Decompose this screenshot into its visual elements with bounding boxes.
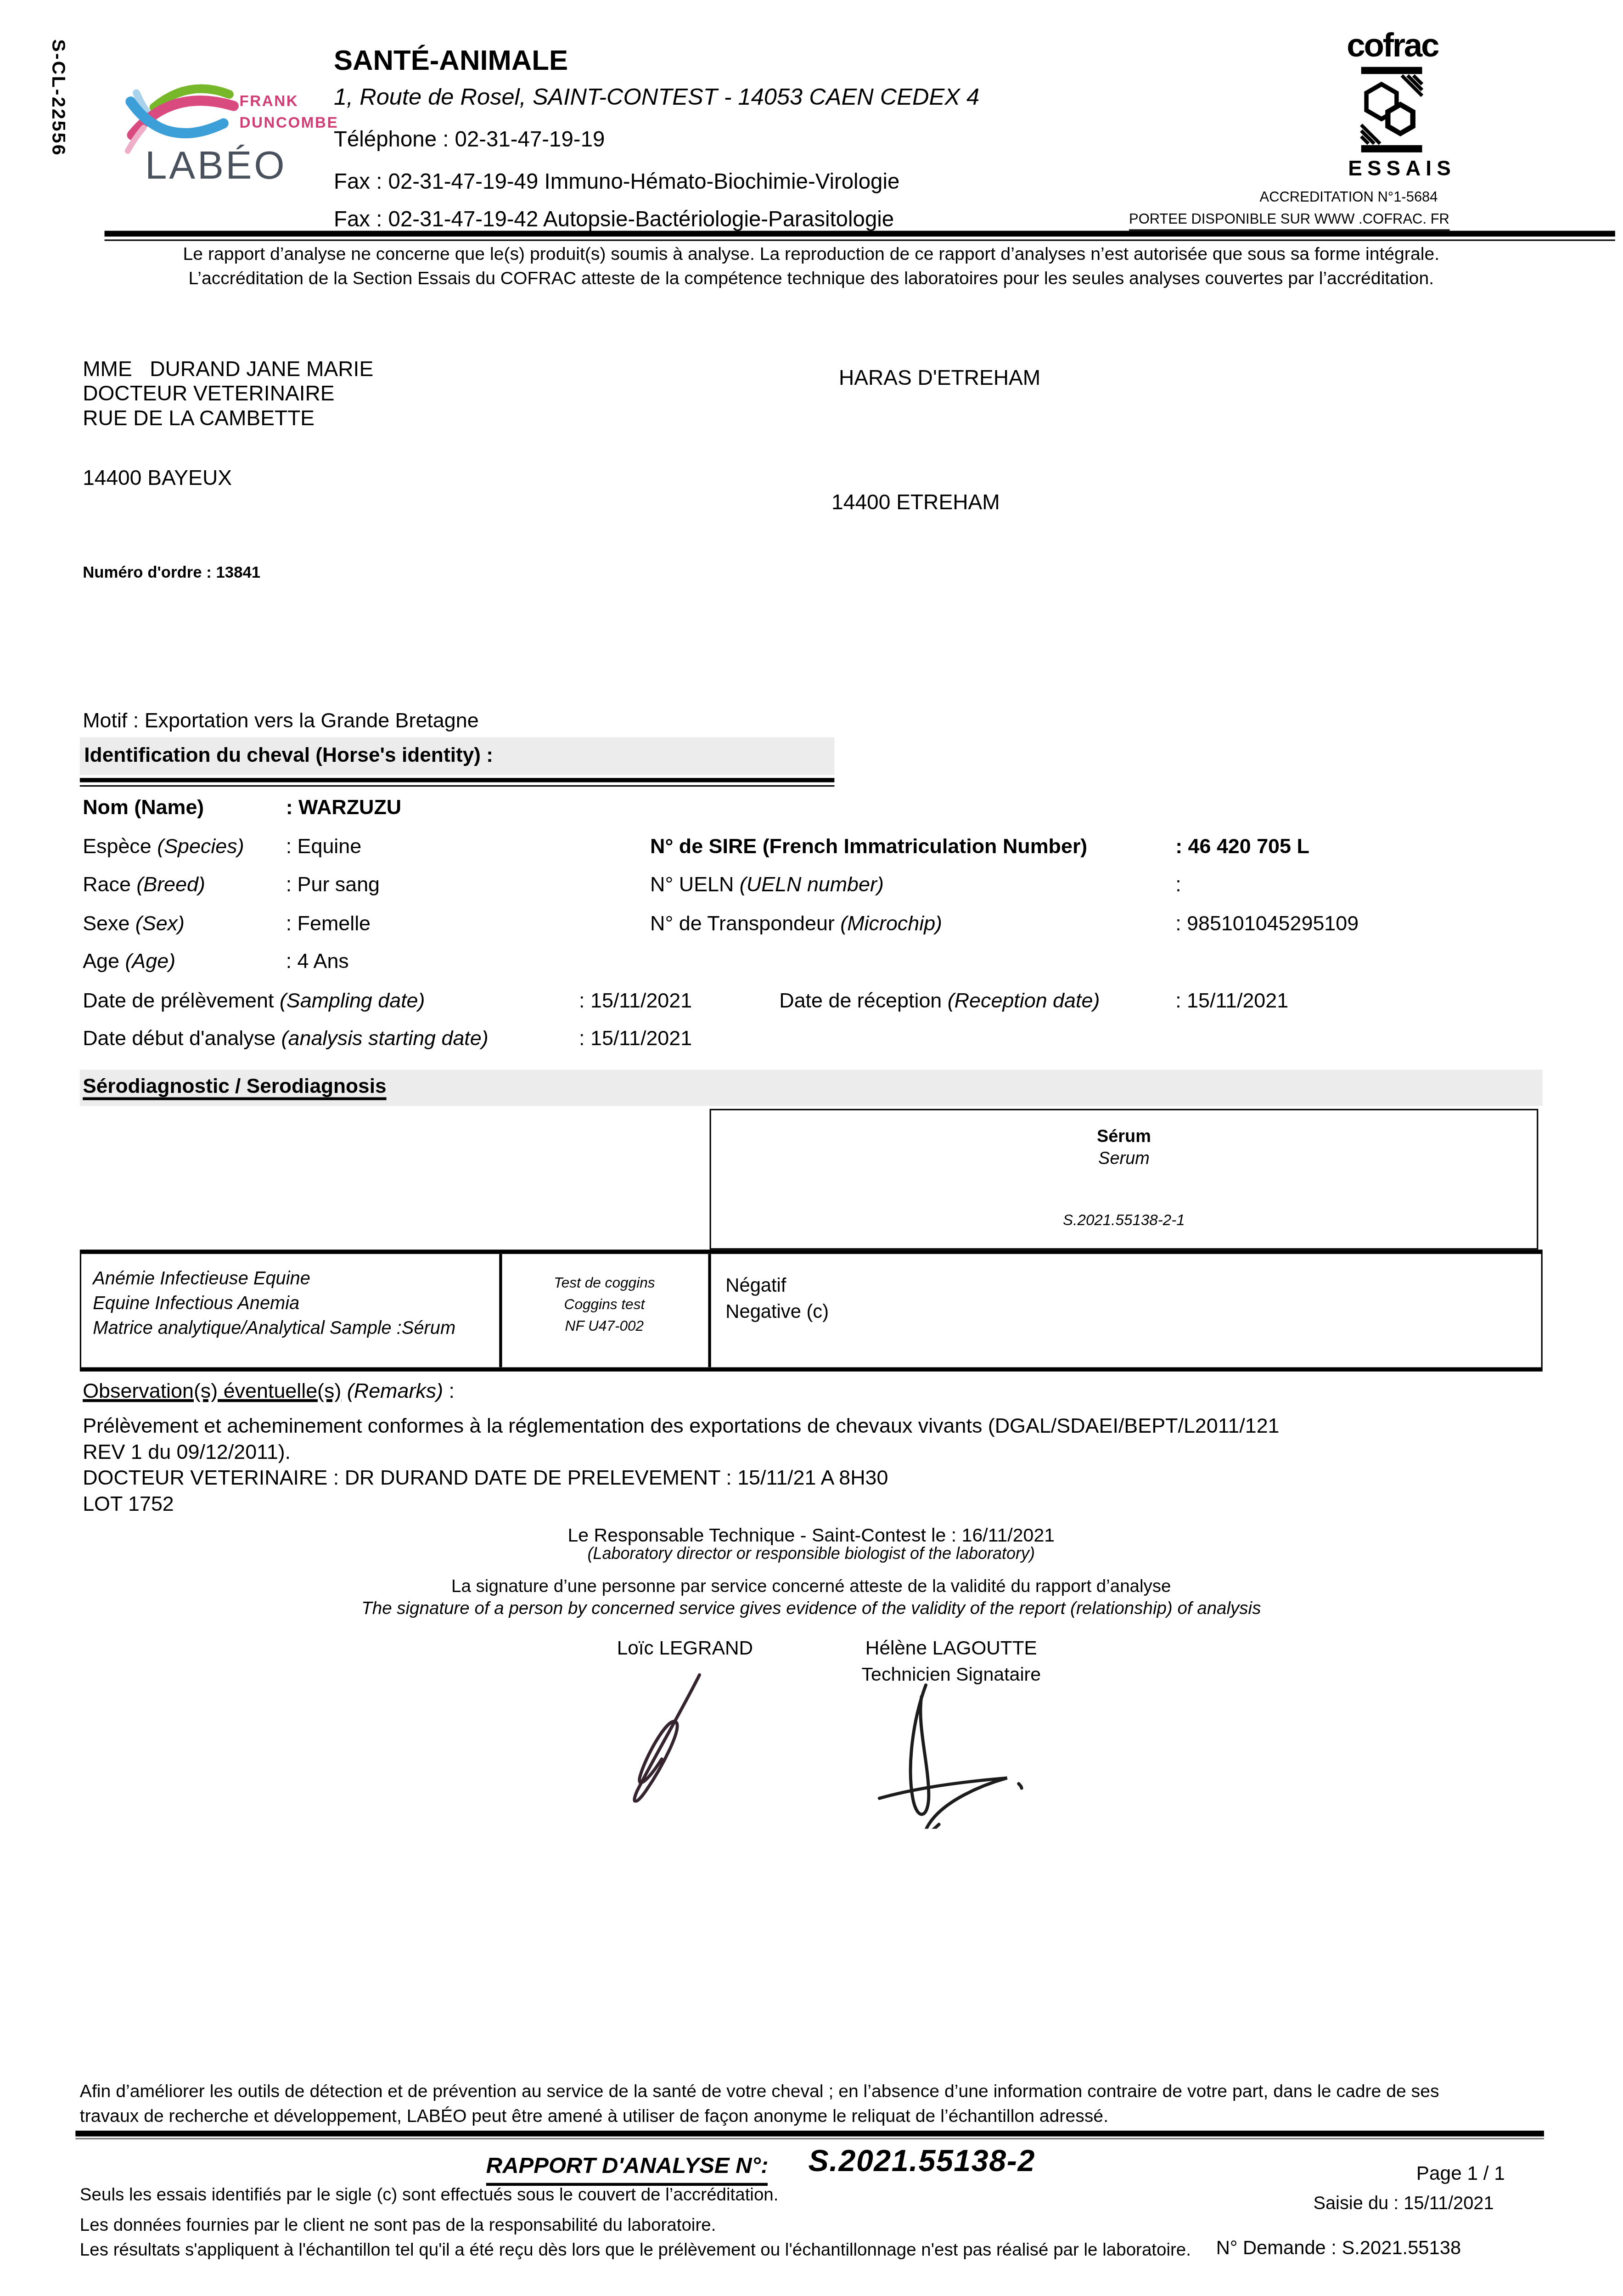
sex-label-fr: Sexe — [83, 912, 135, 936]
header-rule-thin — [105, 239, 1615, 241]
cofrac-essais: ESSAIS — [1348, 158, 1455, 182]
species-label-fr: Espèce — [83, 835, 157, 859]
recipient-city: 14400 BAYEUX — [83, 467, 232, 491]
serum-label-en: Serum — [711, 1148, 1537, 1168]
sampling-label-fr: Date de prélèvement — [83, 989, 280, 1013]
age-label-en: (Age) — [125, 951, 175, 974]
result-en: Negative (c) — [725, 1300, 829, 1322]
cofrac-word: cofrac — [1347, 26, 1438, 65]
identification-underline-thick — [80, 778, 835, 782]
breed-label: Race (Breed) — [83, 874, 205, 897]
page-title: SANTÉ-ANIMALE — [334, 45, 568, 79]
microchip-label: N° de Transpondeur (Microchip) — [650, 912, 942, 936]
report-number-label: RAPPORT D'ANALYSE N°: — [486, 2154, 769, 2186]
remarks-line3: DOCTEUR VETERINAIRE : DR DURAND DATE DE … — [83, 1467, 888, 1491]
species-label-en: (Species) — [157, 835, 244, 859]
microchip-label-en: (Microchip) — [840, 912, 942, 936]
analysis-date-value: : 15/11/2021 — [579, 1028, 692, 1051]
rnd-line1: Afin d’améliorer les outils de détection… — [80, 2081, 1439, 2101]
lab-fax2: Fax : 02-31-47-19-42 Autopsie-Bactériolo… — [334, 208, 894, 232]
motif-line: Motif : Exportation vers la Grande Breta… — [83, 710, 478, 733]
logo-name: LABÉO — [145, 144, 286, 189]
sire-value: : 46 420 705 L — [1175, 835, 1309, 859]
cofrac-portee: PORTEE DISPONIBLE SUR WWW .COFRAC. FR — [1129, 212, 1449, 231]
sampling-date-value: : 15/11/2021 — [579, 989, 692, 1013]
sample-id: S.2021.55138-2-1 — [711, 1212, 1537, 1229]
ueln-label: N° UELN (UELN number) — [650, 874, 884, 897]
footer-note3: Les résultats s'appliquent à l'échantill… — [80, 2240, 1191, 2260]
recipient-name: MME DURAND JANE MARIE — [83, 359, 373, 382]
remarks-title-fr: Observation(s) éventuelle(s) — [83, 1380, 341, 1404]
responsible-line-en: (Laboratory director or responsible biol… — [80, 1546, 1543, 1563]
ueln-value: : — [1175, 874, 1181, 897]
logo-brand-bottom: DUNCOMBE — [240, 115, 339, 132]
test-matrix: Matrice analytique/Analytical Sample :Sé… — [93, 1318, 455, 1338]
sex-label: Sexe (Sex) — [83, 912, 185, 936]
sampling-date-label: Date de prélèvement (Sampling date) — [83, 989, 425, 1013]
recipient-title: DOCTEUR VETERINAIRE — [83, 383, 334, 406]
recipient-street: RUE DE LA CAMBETTE — [83, 408, 314, 431]
lab-fax1: Fax : 02-31-47-19-49 Immuno-Hémato-Bioch… — [334, 170, 899, 195]
signature2-icon — [868, 1677, 1034, 1829]
responsible-line: Le Responsable Technique - Saint-Contest… — [80, 1524, 1543, 1546]
reception-date-value: : 15/11/2021 — [1175, 989, 1288, 1013]
signature1-icon — [607, 1669, 730, 1803]
logo-brand-top: FRANK — [240, 93, 299, 110]
header-rule-thick — [105, 231, 1615, 236]
reception-label-en: (Reception date) — [948, 989, 1100, 1013]
breed-label-en: (Breed) — [136, 874, 205, 897]
row-divider-2 — [708, 1254, 710, 1367]
age-value: : 4 Ans — [286, 951, 349, 974]
reception-label-fr: Date de réception — [779, 989, 947, 1013]
identification-section-title: Identification du cheval (Horse's identi… — [84, 743, 493, 766]
signer1-name: Loïc LEGRAND — [569, 1637, 801, 1659]
lab-phone: Téléphone : 02-31-47-19-19 — [334, 128, 605, 152]
analysis-label-en: (analysis starting date) — [281, 1028, 489, 1051]
remarks-line2: REV 1 du 09/12/2011). — [83, 1441, 291, 1465]
serology-result-row: Anémie Infectieuse Equine Equine Infecti… — [80, 1249, 1543, 1371]
rnd-line2: travaux de recherche et développement, L… — [80, 2106, 1108, 2126]
report-page: S-CL-22556 FRANK DUNCOMBE LABÉO SANTÉ-AN… — [0, 0, 1623, 2296]
test-name-fr: Anémie Infectieuse Equine — [93, 1268, 310, 1289]
validity-line-en: The signature of a person by concerned s… — [80, 1598, 1543, 1618]
sampling-label-en: (Sampling date) — [280, 989, 425, 1013]
species-value: : Equine — [286, 835, 362, 859]
remarks-title-colon: : — [443, 1380, 455, 1404]
breed-value: : Pur sang — [286, 874, 380, 897]
footer-rule-thick — [75, 2131, 1544, 2136]
report-number-value: S.2021.55138-2 — [809, 2145, 1036, 2180]
analysis-date-label: Date début d'analyse (analysis starting … — [83, 1028, 489, 1051]
remarks-line1: Prélèvement et acheminement conformes à … — [83, 1415, 1279, 1439]
serology-section-title: Sérodiagnostic / Serodiagnosis — [83, 1074, 386, 1097]
validity-line-fr: La signature d’une personne par service … — [80, 1576, 1543, 1597]
footer-note2: Les données fournies par le client ne so… — [80, 2215, 716, 2235]
name-label: Nom (Name) — [83, 797, 204, 820]
footer-rule-thin — [75, 2137, 1544, 2139]
microchip-label-fr: N° de Transpondeur — [650, 912, 840, 936]
ueln-label-en: (UELN number) — [740, 874, 884, 897]
labeo-logo-icon — [122, 75, 243, 154]
serum-column-header: Sérum Serum S.2021.55138-2-1 — [710, 1109, 1539, 1250]
sex-value: : Femelle — [286, 912, 371, 936]
age-label: Age (Age) — [83, 951, 175, 974]
cofrac-accreditation: ACCREDITATION N°1-5684 — [1259, 190, 1438, 206]
sex-label-en: (Sex) — [135, 912, 185, 936]
sire-label: N° de SIRE (French Immatriculation Numbe… — [650, 835, 1087, 859]
species-label: Espèce (Species) — [83, 835, 244, 859]
result-fr: Négatif — [725, 1274, 786, 1296]
disclaimer-line1: Le rapport d’analyse ne concerne que le(… — [80, 244, 1543, 264]
ueln-label-fr: N° UELN — [650, 874, 740, 897]
signer2-name: Hélène LAGOUTTE — [824, 1637, 1078, 1659]
method-line3: NF U47-002 — [500, 1319, 708, 1335]
disclaimer-line2: L’accréditation de la Section Essais du … — [80, 269, 1543, 289]
owner-city: 14400 ETREHAM — [831, 492, 1000, 515]
owner-name: HARAS D'ETREHAM — [839, 367, 1040, 391]
reception-date-label: Date de réception (Reception date) — [779, 989, 1100, 1013]
remarks-title: Observation(s) éventuelle(s) (Remarks) : — [83, 1380, 455, 1404]
test-name-en: Equine Infectious Anemia — [93, 1293, 299, 1313]
cofrac-logo-icon — [1358, 67, 1425, 154]
remarks-line4: LOT 1752 — [83, 1493, 174, 1517]
order-number: Numéro d'ordre : 13841 — [83, 565, 260, 582]
footer-note1: Seuls les essais identifiés par le sigle… — [80, 2184, 779, 2205]
method-line1: Test de coggins — [500, 1276, 708, 1292]
analysis-label-fr: Date début d'analyse — [83, 1028, 281, 1051]
lab-address: 1, Route de Rosel, SAINT-CONTEST - 14053… — [334, 85, 979, 112]
saisie-date: Saisie du : 15/11/2021 — [1313, 2193, 1494, 2213]
method-line2: Coggins test — [500, 1298, 708, 1314]
demande-number: N° Demande : S.2021.55138 — [1216, 2237, 1461, 2258]
identification-underline-thin — [80, 785, 835, 786]
remarks-title-en: (Remarks) — [341, 1380, 443, 1404]
age-label-fr: Age — [83, 951, 125, 974]
name-value: : WARZUZU — [286, 797, 402, 820]
page-indicator: Page 1 / 1 — [1416, 2162, 1505, 2184]
breed-label-fr: Race — [83, 874, 136, 897]
side-code: S-CL-22556 — [48, 39, 69, 156]
microchip-value: : 985101045295109 — [1175, 912, 1359, 936]
serum-label-fr: Sérum — [711, 1126, 1537, 1147]
